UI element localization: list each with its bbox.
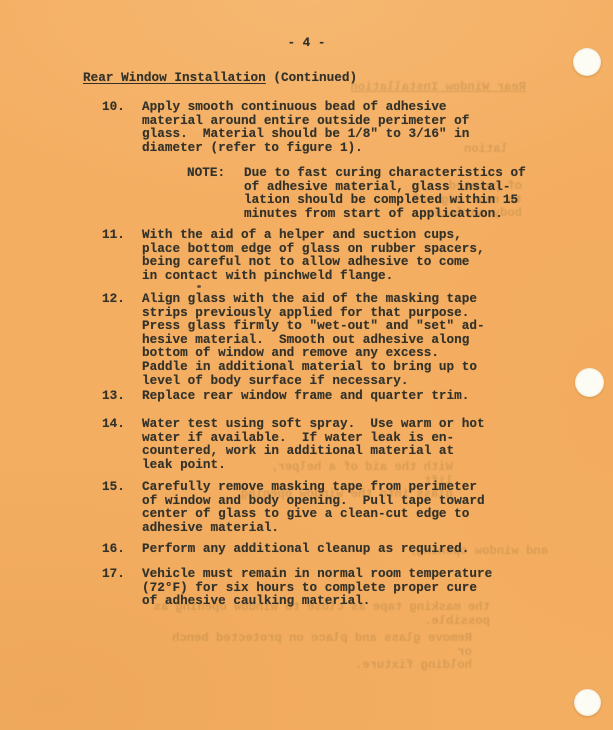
step-text: Vehicle must remain in normal room tempe… — [142, 567, 514, 608]
note-label: NOTE: — [187, 166, 244, 180]
bleedthrough-fragment: Remove glass and place on protected benc… — [172, 632, 472, 673]
step-number: 16. — [102, 542, 142, 556]
section-heading: Rear Window Installation (Continued) — [83, 71, 357, 85]
ink-speck — [197, 285, 201, 288]
hole-punch — [574, 689, 601, 716]
step-number: 14. — [102, 417, 142, 431]
step-number: 11. — [102, 228, 142, 242]
step-item-14: 14. Water test using soft spray. Use war… — [102, 417, 514, 471]
hole-punch — [575, 368, 604, 397]
hole-punch — [573, 48, 601, 76]
step-text: Water test using soft spray. Use warm or… — [142, 417, 514, 471]
step-item-16: 16. Perform any additional cleanup as re… — [102, 542, 514, 556]
page-number: - 4 - — [0, 36, 613, 50]
step-number: 13. — [102, 389, 142, 403]
step-text: Replace rear window frame and quarter tr… — [142, 389, 514, 403]
scanned-manual-page: Rear Window Installation lation of paint… — [0, 0, 613, 730]
step-text: With the aid of a helper and suction cup… — [142, 228, 514, 282]
step-item-10: 10. Apply smooth continuous bead of adhe… — [102, 100, 514, 154]
step-item-11: 11. With the aid of a helper and suction… — [102, 228, 514, 282]
step-item-15: 15. Carefully remove masking tape from p… — [102, 480, 514, 534]
note-block: NOTE: Due to fast curing characteristics… — [187, 166, 544, 220]
step-text: Align glass with the aid of the masking … — [142, 292, 514, 387]
step-number: 12. — [102, 292, 142, 306]
note-text: Due to fast curing characteristics of of… — [244, 166, 544, 220]
step-text: Apply smooth continuous bead of adhesive… — [142, 100, 514, 154]
bleedthrough-heading: Rear Window Installation — [348, 81, 526, 95]
step-number: 10. — [102, 100, 142, 114]
section-heading-title: Rear Window Installation — [83, 70, 266, 85]
section-heading-suffix: (Continued) — [266, 70, 357, 85]
step-number: 15. — [102, 480, 142, 494]
step-item-12: 12. Align glass with the aid of the mask… — [102, 292, 514, 387]
step-text: Carefully remove masking tape from perim… — [142, 480, 514, 534]
step-number: 17. — [102, 567, 142, 581]
step-item-13: 13. Replace rear window frame and quarte… — [102, 389, 514, 403]
step-item-17: 17. Vehicle must remain in normal room t… — [102, 567, 514, 608]
step-text: Perform any additional cleanup as requir… — [142, 542, 514, 556]
